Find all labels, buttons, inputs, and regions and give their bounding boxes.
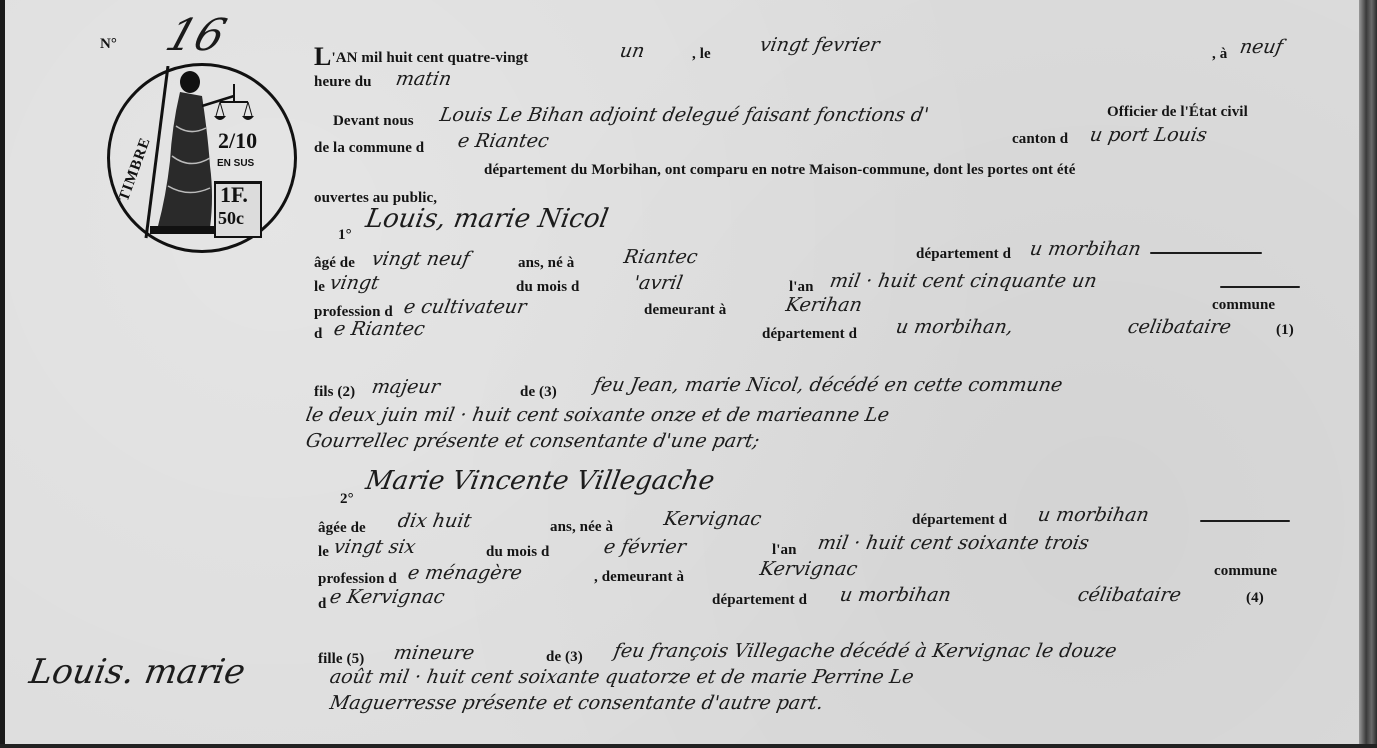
register-page: N° 16 TIMBRE 2/10 EN SUS 1F — [0, 0, 1377, 748]
groom-birth-day: vingt — [328, 272, 381, 294]
groom-commune-label: commune — [1212, 297, 1275, 314]
bride-parents-line-1: feu françois Villegache décédé à Kervign… — [612, 640, 1118, 662]
bride-res-dept-label: département d — [712, 592, 807, 609]
bride-profession: e ménagère — [406, 562, 524, 584]
bride-name: Marie Vincente Villegache — [363, 466, 716, 496]
groom-birth-dept: u morbihan — [1028, 238, 1143, 260]
groom-marital-status: celibataire — [1126, 316, 1233, 338]
groom-profession: e cultivateur — [402, 296, 528, 318]
bride-dept-label: département d — [912, 512, 1007, 529]
bride-birth-month: e février — [602, 536, 688, 558]
hand-officer: Louis Le Bihan adjoint delegué faisant f… — [438, 104, 930, 126]
preamble-line-1: L'AN mil huit cent quatre-vingt — [314, 44, 528, 70]
groom-parents-line-3: Gourrellec présente et consentante d'une… — [304, 430, 761, 452]
groom-born-label: ans, né à — [518, 255, 574, 272]
bride-de-label: de (3) — [546, 649, 583, 666]
bride-note-mark: (4) — [1246, 590, 1264, 607]
stamp-price-francs: 1F. — [220, 182, 248, 208]
groom-age-label: âgé de — [314, 255, 355, 272]
groom-res-dept-label: département d — [762, 326, 857, 343]
bride-year-label: l'an — [772, 542, 797, 559]
bride-birth-year: mil · huit cent soixante trois — [816, 532, 1091, 554]
groom-majority: majeur — [370, 376, 442, 398]
groom-residence-label: demeurant à — [644, 302, 726, 319]
printed-heure-du: heure du — [314, 74, 372, 91]
hand-time-of-day: matin — [394, 68, 453, 90]
page-binding-edge — [1359, 0, 1377, 748]
groom-commune: e Riantec — [332, 318, 427, 340]
dropcap-letter: L — [314, 42, 331, 71]
bride-born-label: ans, née à — [550, 519, 613, 536]
groom-residence: Kerihan — [784, 294, 864, 316]
bride-commune-label: commune — [1214, 563, 1277, 580]
page-bottom-border — [0, 744, 1377, 748]
bride-age: dix huit — [396, 510, 473, 532]
printed-officier: Officier de l'État civil — [1107, 104, 1248, 121]
printed-le: , le — [692, 46, 711, 63]
groom-birthplace: Riantec — [622, 246, 699, 268]
hand-year: un — [618, 40, 646, 62]
hand-date: vingt fevrier — [758, 34, 881, 56]
stamp-en-sus: EN SUS — [217, 158, 254, 169]
bride-age-label: âgée de — [318, 520, 366, 537]
bride-commune: e Kervignac — [328, 586, 446, 608]
bride-day-label: le — [318, 544, 329, 561]
printed-devant-nous: Devant nous — [333, 113, 414, 130]
groom-month-label: du mois d — [516, 279, 579, 296]
groom-commune-prefix: d — [314, 326, 322, 343]
timbre-stamp: TIMBRE 2/10 EN SUS 1F. 50c — [107, 63, 297, 253]
bride-parents-line-2: août mil · huit cent soixante quatorze e… — [328, 666, 915, 688]
groom-index: 1° — [338, 227, 352, 244]
groom-note-mark: (1) — [1276, 322, 1294, 339]
bride-res-dept: u morbihan — [838, 584, 953, 606]
bride-birth-dept: u morbihan — [1036, 504, 1151, 526]
bride-residence-label: , demeurant à — [594, 569, 684, 586]
groom-day-label: le — [314, 279, 325, 296]
stamp-fraction: 2/10 — [218, 128, 257, 154]
stamp-price-cents: 50c — [218, 208, 244, 229]
printed-commune: de la commune d — [314, 140, 424, 157]
groom-dept-label: département d — [916, 246, 1011, 263]
hand-canton: u port Louis — [1088, 124, 1209, 146]
printed-text: 'AN mil huit cent quatre-vingt — [331, 50, 528, 66]
printed-canton: canton d — [1012, 131, 1068, 148]
groom-name: Louis, marie Nicol — [363, 204, 610, 234]
bride-marital-status: célibataire — [1076, 584, 1183, 606]
groom-birth-month: 'avril — [632, 272, 684, 294]
printed-departement-line: département du Morbihan, ont comparu en … — [484, 162, 1076, 179]
fill-line — [1220, 286, 1300, 288]
groom-fils-label: fils (2) — [314, 384, 355, 401]
bride-commune-prefix: d — [318, 596, 326, 613]
fill-line — [1150, 252, 1262, 254]
groom-de-label: de (3) — [520, 384, 557, 401]
groom-birth-year: mil · huit cent cinquante un — [828, 270, 1099, 292]
hand-hour: neuf — [1238, 36, 1285, 58]
groom-res-dept: u morbihan, — [894, 316, 1015, 338]
bride-month-label: du mois d — [486, 544, 549, 561]
record-number-label: N° — [100, 36, 117, 53]
page-left-border — [0, 0, 5, 748]
fill-line — [1200, 520, 1290, 522]
bride-residence: Kervignac — [758, 558, 859, 580]
bride-birth-day: vingt six — [332, 536, 417, 558]
groom-age: vingt neuf — [370, 248, 472, 270]
groom-parents-line-1: feu Jean, marie Nicol, décédé en cette c… — [592, 374, 1064, 396]
groom-parents-line-2: le deux juin mil · huit cent soixante on… — [304, 404, 891, 426]
bride-parents-line-3: Maguerresse présente et consentante d'au… — [328, 692, 825, 714]
margin-name: Louis. marie — [26, 652, 248, 692]
bride-birthplace: Kervignac — [662, 508, 763, 530]
bride-index: 2° — [340, 491, 354, 508]
record-number-value: 16 — [160, 10, 233, 61]
hand-commune: e Riantec — [456, 130, 551, 152]
printed-a: , à — [1212, 46, 1227, 63]
bride-majority: mineure — [392, 642, 476, 664]
